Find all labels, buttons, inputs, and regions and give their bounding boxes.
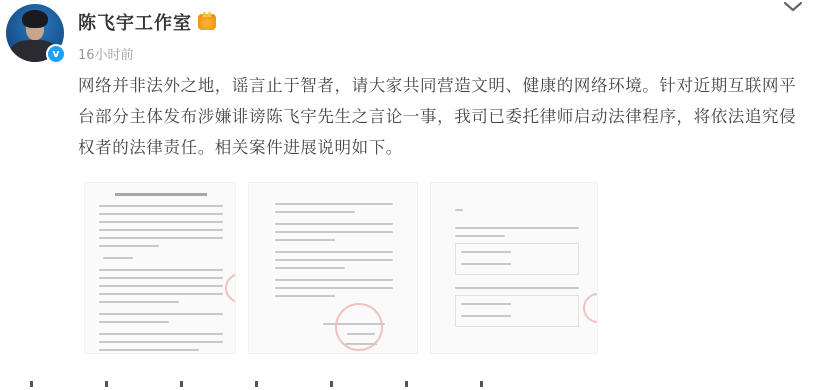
image-legal-statement-page-2[interactable] (248, 182, 418, 354)
image-legal-statement-page-1[interactable] (84, 182, 236, 354)
author-name[interactable]: 陈飞宇工作室 (78, 9, 192, 35)
cropped-next-line (30, 381, 483, 387)
post-text: 网络并非法外之地，谣言止于智者，请大家共同营造文明、健康的网络环境。针对近期互联… (78, 70, 798, 163)
chevron-down-icon[interactable] (782, 0, 804, 14)
author-avatar[interactable]: v (6, 4, 64, 62)
post-timestamp[interactable]: 16小时前 (78, 44, 134, 63)
weibo-post: v 陈飞宇工作室 16小时前 网络并非法外之地，谣言止于智者，请大家共同营造文明… (0, 0, 831, 390)
author-row: 陈飞宇工作室 (78, 9, 216, 35)
crown-icon (198, 14, 216, 30)
image-case-progress-page[interactable] (430, 182, 598, 354)
verified-badge-icon: v (46, 44, 66, 64)
image-gallery (84, 182, 598, 354)
